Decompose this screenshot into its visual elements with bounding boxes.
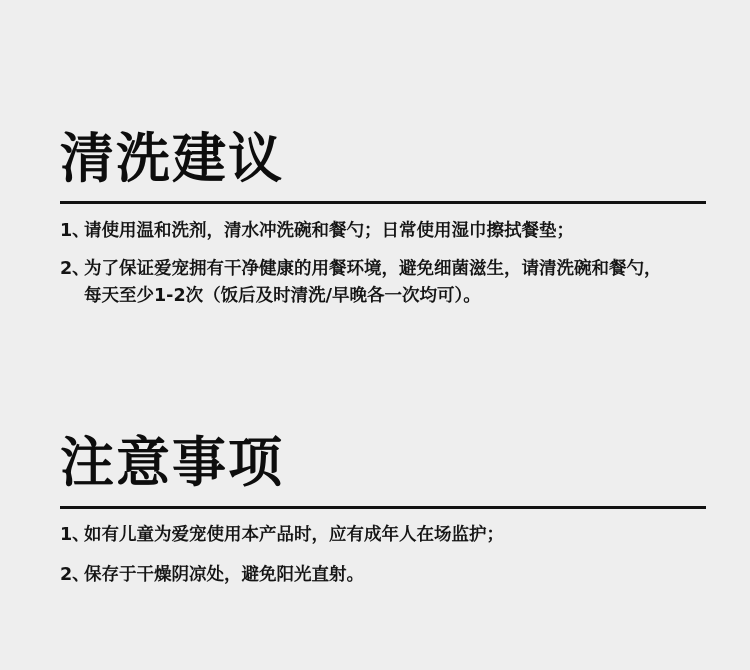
precautions-section: 注意事项 1、 如有儿童为爱宠使用本产品时，应有成年人在场监护； 2、 保存于干… xyxy=(60,432,706,612)
item-text: 请使用温和洗剂，清水冲洗碗和餐勺；日常使用湿巾擦拭餐垫； xyxy=(84,218,720,245)
precautions-list: 1、 如有儿童为爱宠使用本产品时，应有成年人在场监护； 2、 保存于干燥阴凉处，… xyxy=(60,522,720,589)
item-text: 为了保证爱宠拥有干净健康的用餐环境，避免细菌滋生，请清洗碗和餐勺， xyxy=(84,256,720,283)
item-text: 如有儿童为爱宠使用本产品时，应有成年人在场监护； xyxy=(84,522,720,549)
list-item: 1、 请使用温和洗剂，清水冲洗碗和餐勺；日常使用湿巾擦拭餐垫； xyxy=(60,218,720,245)
section-title-cleaning-advice: 清洗建议 xyxy=(60,128,706,190)
cleaning-advice-section: 清洗建议 1、 请使用温和洗剂，清水冲洗碗和餐勺；日常使用湿巾擦拭餐垫； 2、 … xyxy=(60,128,706,328)
section-divider xyxy=(60,506,706,509)
item-number: 1、 xyxy=(60,218,90,245)
section-divider xyxy=(60,201,706,204)
list-item: 2、 为了保证爱宠拥有干净健康的用餐环境，避免细菌滋生，请清洗碗和餐勺， 每天至… xyxy=(60,256,720,310)
list-item: 2、 保存于干燥阴凉处，避免阳光直射。 xyxy=(60,562,720,589)
item-number: 2、 xyxy=(60,562,90,589)
item-text-continuation: 每天至少1-2次（饭后及时清洗/早晚各一次均可）。 xyxy=(84,283,720,310)
item-text: 保存于干燥阴凉处，避免阳光直射。 xyxy=(84,562,720,589)
list-item: 1、 如有儿童为爱宠使用本产品时，应有成年人在场监护； xyxy=(60,522,720,549)
item-number: 2、 xyxy=(60,256,90,283)
cleaning-advice-list: 1、 请使用温和洗剂，清水冲洗碗和餐勺；日常使用湿巾擦拭餐垫； 2、 为了保证爱… xyxy=(60,218,720,310)
item-number: 1、 xyxy=(60,522,90,549)
section-title-precautions: 注意事项 xyxy=(60,432,706,494)
